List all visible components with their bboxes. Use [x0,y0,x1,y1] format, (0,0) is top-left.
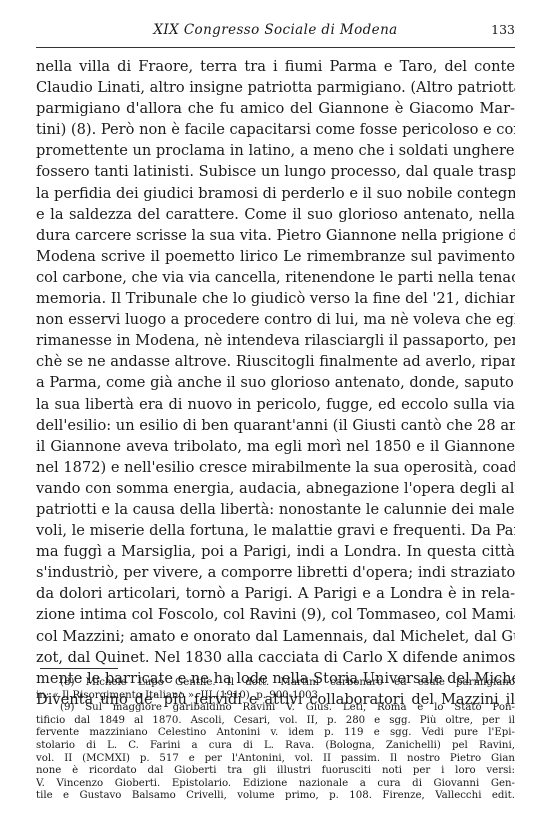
footnote-line: fervente mazziniano Celestino Antonini v… [36,727,515,740]
running-header: XIX Congresso Sociale di Modena 133 [36,22,515,40]
body-line: col Mazzini; amato e onorato dal Lamenna… [36,626,515,647]
footnote-line: tile e Gustavo Balsamo Crivelli, volume … [36,790,515,803]
body-line: zione intima col Foscolo, col Ravini (9)… [36,604,515,625]
document-page: XIX Congresso Sociale di Modena 133 nell… [0,0,550,832]
body-line: promettente un proclama in latino, a men… [36,140,515,161]
body-line: la perfidia dei giudici bramosi di perde… [36,183,515,204]
body-line: a Parma, come già anche il suo glorioso … [36,372,515,393]
body-line: s'industriò, per vivere, a comporre libr… [36,562,515,583]
body-line: tini) (8). Però non è facile capacitarsi… [36,119,515,140]
body-line: zot, dal Quinet. Nel 1830 alla cacciata … [36,647,515,668]
footnote-line: none è ricordato dal Gioberti tra gli il… [36,765,515,778]
body-line: rimanesse in Modena, nè intendeva rilasc… [36,330,515,351]
body-line: chè se ne andasse altrove. Riuscitogli f… [36,351,515,372]
body-line: Modena scrive il poemetto lirico Le rime… [36,246,515,267]
page-number: 133 [491,22,515,37]
footnote-line: stolario di L. C. Farini a cura di L. Ra… [36,740,515,753]
footnote-line: V. Vincenzo Gioberti. Epistolario. Edizi… [36,778,515,791]
header-rule [36,47,515,48]
body-line: patriotti e la causa della libertà: nono… [36,499,515,520]
body-line: voli, le miserie della fortuna, le malat… [36,520,515,541]
footnote-line: tificio dal 1849 al 1870. Ascoli, Cesari… [36,715,515,728]
footnote-line: (8) Michele Lupo Gentile. Il dott. Marti… [36,677,515,690]
body-line: nella villa di Fraore, terra tra i fiumi… [36,56,515,77]
footnote-rule [40,668,118,669]
body-line: da dolori articolari, tornò a Parigi. A … [36,583,515,604]
body-line: vando con somma energia, audacia, abnega… [36,478,515,499]
body-line: fossero tanti latinisti. Subisce un lung… [36,161,515,182]
body-line: dura carcere scrisse la sua vita. Pietro… [36,225,515,246]
footnotes: (8) Michele Lupo Gentile. Il dott. Marti… [36,677,515,803]
body-line: col carbone, che via via cancella, riten… [36,267,515,288]
body-text: nella villa di Fraore, terra tra i fiumi… [36,56,515,710]
body-line: il Giannone aveva tribolato, ma egli mor… [36,436,515,457]
body-line: non esservi luogo a procedere contro di … [36,309,515,330]
body-line: parmigiano d'allora che fu amico del Gia… [36,98,515,119]
body-line: ma fuggì a Marsiglia, poi a Parigi, indi… [36,541,515,562]
body-line: dell'esilio: un esilio di ben quarant'an… [36,415,515,436]
body-line: nel 1872) e nell'esilio cresce mirabilme… [36,457,515,478]
running-title: XIX Congresso Sociale di Modena [36,22,515,38]
body-line: la sua libertà era di nuovo in pericolo,… [36,394,515,415]
body-line: e la saldezza del carattere. Come il suo… [36,204,515,225]
footnote-line: (9) Sul maggiore garibaldino Ravini V. G… [36,702,515,715]
footnote-line: vol. II (MCMXI) p. 517 e per l'Antonini,… [36,753,515,766]
body-line: Claudio Linati, altro insigne patriotta … [36,77,515,98]
footnote-line: in: « Il Risorgimento Italiano ». III (1… [36,690,515,703]
body-line: memoria. Il Tribunale che lo giudicò ver… [36,288,515,309]
